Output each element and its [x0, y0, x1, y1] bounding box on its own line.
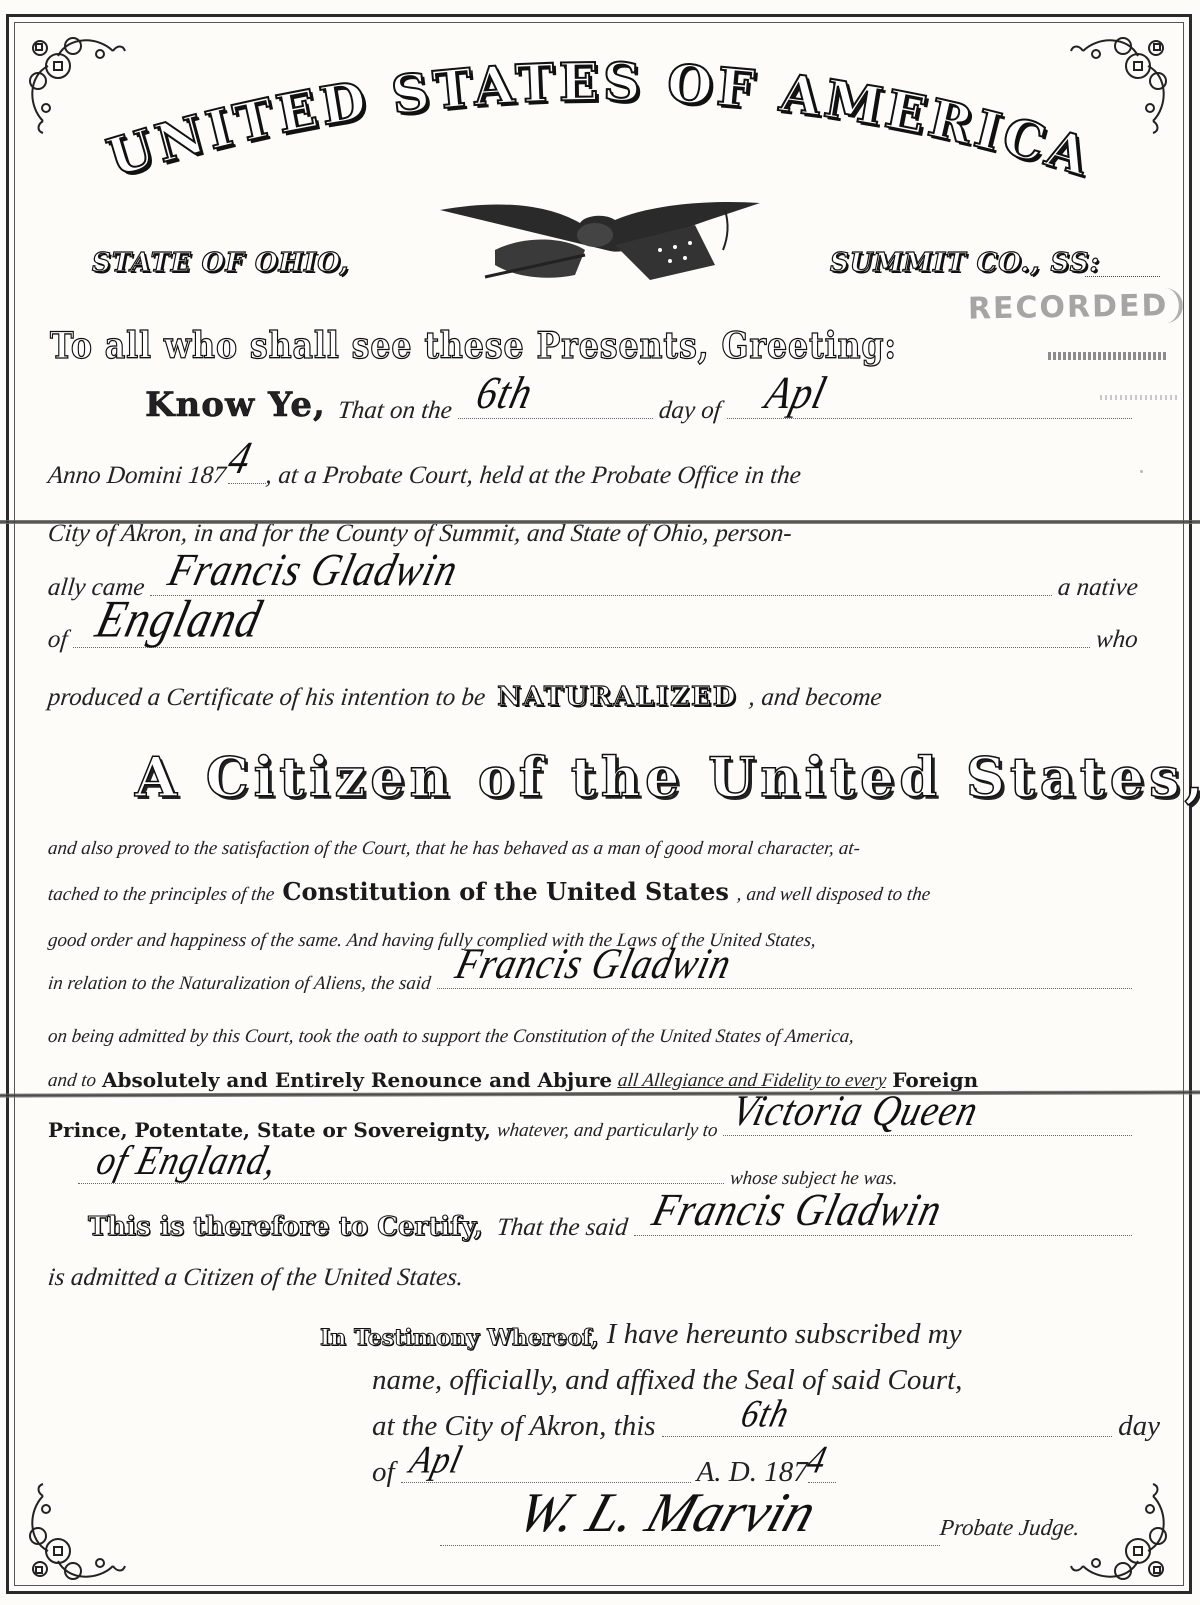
handwritten-month: Apl [405, 1439, 466, 1483]
corner-ornament-icon [1068, 1481, 1178, 1591]
testimony-block: In Testimony Whereof, I have hereunto su… [320, 1305, 1160, 1489]
paper-fold-crease [0, 520, 1200, 524]
applicant-name-field-2: Francis Gladwin [437, 956, 1132, 989]
applicant-name-field-3: Francis Gladwin [634, 1203, 1132, 1236]
judge-signature-field: W. L. Marvin [440, 1490, 940, 1546]
handwritten-country: England [91, 588, 269, 649]
naturalization-aliens-line: in relation to the Naturalization of Ali… [48, 955, 1138, 995]
paper-speck [230, 355, 232, 357]
corner-ornament-icon [18, 1481, 128, 1591]
constitution-phrase: Constitution of the United States [282, 877, 729, 906]
judge-title: Probate Judge. [939, 1515, 1081, 1541]
native-of-line: of England who [48, 614, 1138, 654]
greeting-heading: To all who shall see these Presents, Gre… [50, 325, 897, 367]
handwritten-sovereign-2: of England, [92, 1136, 283, 1184]
handwritten-month: Apl [760, 365, 832, 419]
testimony-day-field: 6th [662, 1404, 1113, 1437]
know-ye-line: Know Ye, That on the 6th day of Apl [145, 385, 1138, 425]
citizen-banner-heading: A Citizen of the United States, [135, 745, 1055, 815]
year-field: 4 [228, 451, 266, 484]
day-field: 6th [458, 386, 653, 419]
admitted-line: is admitted a Citizen of the United Stat… [48, 1252, 1138, 1292]
testimony-year-field: 4 [808, 1450, 836, 1483]
know-ye-heading: Know Ye, [145, 385, 326, 425]
eagle-flag-icon [435, 195, 765, 287]
sovereign-field: Victoria Queen [723, 1103, 1132, 1136]
stamp-smudge [1048, 352, 1168, 360]
paper-speck [470, 70, 473, 73]
month-field: Apl [727, 386, 1132, 419]
paper-speck [1140, 470, 1143, 473]
certificate-paper: UNITED STATES OF AMERICA UNITED STATES O… [0, 0, 1200, 1605]
oath-line: on being admitted by this Court, took th… [48, 1008, 1138, 1048]
applicant-name-field: Francis Gladwin [150, 563, 1052, 596]
recorded-stamp: RECORDED [958, 288, 1164, 340]
title-text: UNITED STATES OF AMERICA [101, 52, 1100, 189]
testimony-heading: In Testimony Whereof, [320, 1325, 599, 1351]
handwritten-applicant-name: Francis Gladwin [450, 939, 736, 990]
county-label: SUMMIT CO., SS: [830, 248, 1100, 278]
moral-character-line: and also proved to the satisfaction of t… [48, 820, 1138, 860]
county-dotted-line [1085, 276, 1160, 277]
judge-signature: W. L. Marvin [510, 1481, 824, 1545]
anno-domini-line: Anno Domini 187 4 , at a Probate Court, … [48, 450, 1138, 490]
abjure-phrase: Absolutely and Entirely Renounce and Abj… [102, 1068, 612, 1092]
constitution-line: tached to the principles of the Constitu… [48, 866, 1138, 906]
state-label: STATE OF OHIO, [92, 248, 349, 278]
handwritten-applicant-name: Francis Gladwin [647, 1182, 948, 1236]
svg-text:UNITED STATES OF AMERICA: UNITED STATES OF AMERICA [101, 52, 1100, 189]
testimony-month-field: Apl [401, 1450, 691, 1483]
subject-line: of England, whose subject he was. [48, 1150, 1138, 1190]
certify-line: This is therefore to Certify, That the s… [88, 1202, 1138, 1242]
naturalized-word: NATURALIZED [497, 682, 737, 712]
native-country-field: England [73, 615, 1090, 648]
handwritten-day: 6th [736, 1393, 793, 1437]
certificate-intention-line: produced a Certificate of his intention … [48, 672, 1138, 712]
sovereign-field-2: of England, [78, 1151, 724, 1184]
certify-heading: This is therefore to Certify, [88, 1212, 483, 1242]
